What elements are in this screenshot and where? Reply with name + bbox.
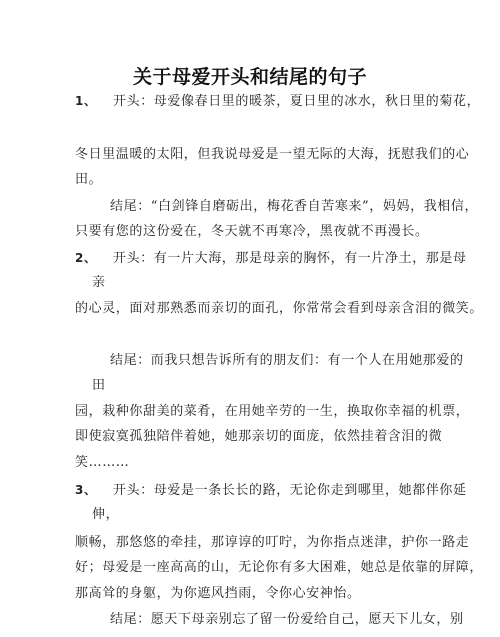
item-1-ending: 结尾：“白剑锋自磨砺出，梅花香自苦寒来”，妈妈，我相信， — [110, 199, 478, 215]
item-number: 3、 — [75, 482, 113, 498]
paragraph-line: 笑……… — [75, 455, 129, 471]
paragraph-text: 开头：母爱是一条长长的路，无论你走到哪里，她都伴你延 — [113, 483, 467, 498]
paragraph-line: 只要有您的这份爱在，冬天就不再寒冷，黑夜就不再漫长。 — [75, 224, 429, 240]
document-title: 关于母爱开头和结尾的句子 — [0, 62, 500, 89]
paragraph-line: 冬日里温暖的太阳，但我说母爱是一望无际的大海，抚慰我们的心 — [75, 147, 469, 163]
paragraph-line: 即使寂寞孤独陪伴着她，她那亲切的面庞，依然挂着含泪的微 — [75, 429, 442, 445]
item-1-opening: 1、开头：母爱像春日里的暖茶，夏日里的冰水，秋日里的菊花， — [75, 93, 480, 110]
item-2-ending: 结尾：而我只想告诉所有的朋友们：有一个人在用她那爱的 — [110, 353, 464, 369]
paragraph-line: 顺畅，那悠悠的牵挂，那谆谆的叮咛，为你指点迷津，护你一路走 — [75, 535, 469, 551]
paragraph-line: 的心灵，面对那熟悉而亲切的面孔，你常常会看到母亲含泪的微笑。 — [75, 301, 483, 317]
paragraph-text: 开头：母爱像春日里的暖茶，夏日里的冰水，秋日里的菊花， — [113, 94, 480, 109]
paragraph-line: 园，栽种你甜美的菜肴，在用她辛劳的一生，换取你幸福的机票， — [75, 404, 469, 420]
paragraph-line: 伸， — [92, 507, 119, 523]
paragraph-line: 田。 — [75, 172, 102, 188]
item-3-opening: 3、开头：母爱是一条长长的路，无论你走到哪里，她都伴你延 — [75, 482, 467, 499]
paragraph-line: 亲 — [92, 275, 106, 291]
item-2-opening: 2、开头：有一片大海，那是母亲的胸怀，有一片净土，那是母 — [75, 250, 467, 267]
item-number: 2、 — [75, 250, 113, 266]
item-number: 1、 — [75, 93, 113, 109]
paragraph-text: 开头：有一片大海，那是母亲的胸怀，有一片净土，那是母 — [113, 251, 467, 266]
paragraph-line: 好；母爱是一座高高的山，无论你有多大困难，她总是依靠的屏障， — [75, 560, 483, 576]
paragraph-line: 田 — [92, 378, 106, 394]
paragraph-line: 那高耸的身躯，为你遮风挡雨，令你心安神怡。 — [75, 586, 361, 602]
item-3-ending: 结尾：愿天下母亲别忘了留一份爱给自己，愿天下儿女，别 — [110, 612, 464, 628]
